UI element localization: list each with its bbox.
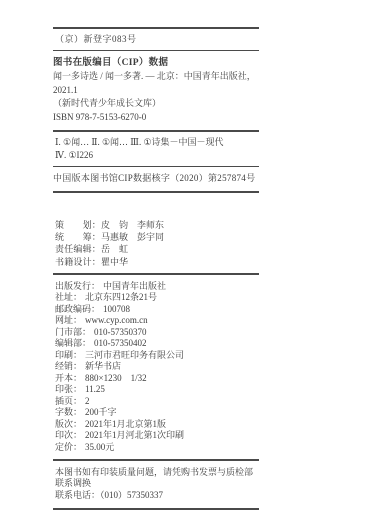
credit-row: 责任编辑：岳 虹 [55, 243, 259, 255]
publication-label: 印张： [55, 384, 82, 394]
credit-value: 瞿中华 [101, 257, 128, 267]
publication-row: 版次：2021年1月北京第1版 [55, 419, 259, 431]
credit-value: 岳 虹 [101, 244, 128, 254]
publication-value: 三河市君旺印务有限公司 [85, 350, 184, 360]
publication-row: 出版发行：中国青年出版社 [55, 281, 259, 293]
publication-value: 35.00元 [85, 442, 114, 452]
cip-isbn-line: ISBN 978-7-5153-6270-0 [53, 111, 259, 125]
publication-value: 新华书店 [85, 361, 121, 371]
publication-label: 字数： [55, 407, 82, 417]
cip-record-line: 中国版本图书馆CIP数据核字（2020）第257874号 [53, 167, 259, 191]
credit-label: 统 筹： [55, 232, 101, 242]
publication-label: 经销： [55, 361, 82, 371]
credit-row: 书籍设计：瞿中华 [55, 256, 259, 268]
publication-label: 邮政编码： [55, 304, 100, 314]
publication-value: 2 [85, 396, 90, 406]
publication-label: 版次： [55, 419, 82, 429]
cip-block: 图书在版编目（CIP）数据 闻一多诗选 / 闻一多著. — 北京：中国青年出版社… [53, 51, 259, 130]
publication-label: 印刷： [55, 350, 82, 360]
credit-label: 书籍设计： [55, 257, 101, 267]
publication-row: 编辑部：010-57350402 [55, 338, 259, 350]
cip-classification-block: Ⅰ. ①闻… Ⅱ. ①闻… Ⅲ. ①诗集－中国－现代 Ⅳ. ①I226 [53, 132, 259, 166]
cip-class-line-1: Ⅰ. ①闻… Ⅱ. ①闻… Ⅲ. ①诗集－中国－现代 [55, 136, 259, 149]
publication-value: 2021年1月北京第1版 [85, 419, 166, 429]
publication-label: 出版发行： [55, 281, 100, 291]
publication-row: 定价：35.00元 [55, 442, 259, 454]
publication-label: 门市部： [55, 327, 91, 337]
publication-value: 11.25 [85, 384, 105, 394]
publication-row: 门市部：010-57350370 [55, 327, 259, 339]
registration-line: （京）新登字083号 [53, 29, 259, 50]
publication-value: 2021年1月河北第1次印刷 [85, 430, 184, 440]
credit-row: 统 筹：马惠敏 彭宇同 [55, 231, 259, 243]
publication-label: 定价： [55, 442, 82, 452]
rule-5 [53, 191, 259, 193]
publication-label: 网址： [55, 315, 82, 325]
copyright-page: （京）新登字083号 图书在版编目（CIP）数据 闻一多诗选 / 闻一多著. —… [0, 0, 375, 527]
publication-row: 字数：200千字 [55, 407, 259, 419]
publication-block: 出版发行：中国青年出版社 社址：北京东四12条21号 邮政编码：100708 网… [53, 275, 259, 460]
credit-value: 马惠敏 彭宇同 [101, 232, 164, 242]
publication-label: 插页： [55, 396, 82, 406]
publication-row: 经销：新华书店 [55, 361, 259, 373]
publication-row: 开本：880×1230 1/32 [55, 373, 259, 385]
publication-value: www.cyp.com.cn [85, 315, 148, 325]
publication-row: 插页：2 [55, 396, 259, 408]
cip-title-line: 闻一多诗选 / 闻一多著. — 北京：中国青年出版社，2021.1 [53, 70, 259, 97]
publication-label: 开本： [55, 373, 82, 383]
top-spacer [53, 0, 259, 27]
publication-value: 北京东四12条21号 [85, 292, 157, 302]
publication-row: 印次：2021年1月河北第1次印刷 [55, 430, 259, 442]
credit-label: 责任编辑： [55, 244, 101, 254]
cip-class-line-2: Ⅳ. ①I226 [55, 149, 259, 162]
cip-series-line: （新时代青少年成长文库） [53, 97, 259, 111]
quality-notice-block: 本图书如有印装质量问题，请凭购书发票与质检部联系调换 联系电话：（010）573… [53, 461, 259, 509]
credit-row: 策 划：皮 钧 李师东 [55, 219, 259, 231]
publication-row: 印刷：三河市君旺印务有限公司 [55, 350, 259, 362]
publication-value: 100708 [103, 304, 130, 314]
publication-value: 010-57350402 [94, 338, 147, 348]
publication-label: 编辑部： [55, 338, 91, 348]
publication-row: 邮政编码：100708 [55, 304, 259, 316]
publication-value: 010-57350370 [94, 327, 147, 337]
publication-row: 印张：11.25 [55, 384, 259, 396]
page-content: （京）新登字083号 图书在版编目（CIP）数据 闻一多诗选 / 闻一多著. —… [53, 0, 259, 510]
publication-label: 社址： [55, 292, 82, 302]
quality-notice-line-2: 联系电话：（010）57350337 [55, 490, 259, 502]
credits-block: 策 划：皮 钧 李师东 统 筹：马惠敏 彭宇同 责任编辑：岳 虹 书籍设计：瞿中… [53, 219, 259, 274]
credit-label: 策 划： [55, 220, 101, 230]
publication-row: 网址：www.cyp.com.cn [55, 315, 259, 327]
publication-value: 中国青年出版社 [103, 281, 166, 291]
publication-value: 200千字 [85, 407, 117, 417]
credit-value: 皮 钧 李师东 [101, 220, 164, 230]
publication-label: 印次： [55, 430, 82, 440]
rule-bottom [53, 508, 259, 510]
publication-value: 880×1230 1/32 [85, 373, 147, 383]
quality-notice-line-1: 本图书如有印装质量问题，请凭购书发票与质检部联系调换 [55, 467, 259, 490]
cip-heading: 图书在版编目（CIP）数据 [53, 56, 259, 70]
publication-row: 社址：北京东四12条21号 [55, 292, 259, 304]
